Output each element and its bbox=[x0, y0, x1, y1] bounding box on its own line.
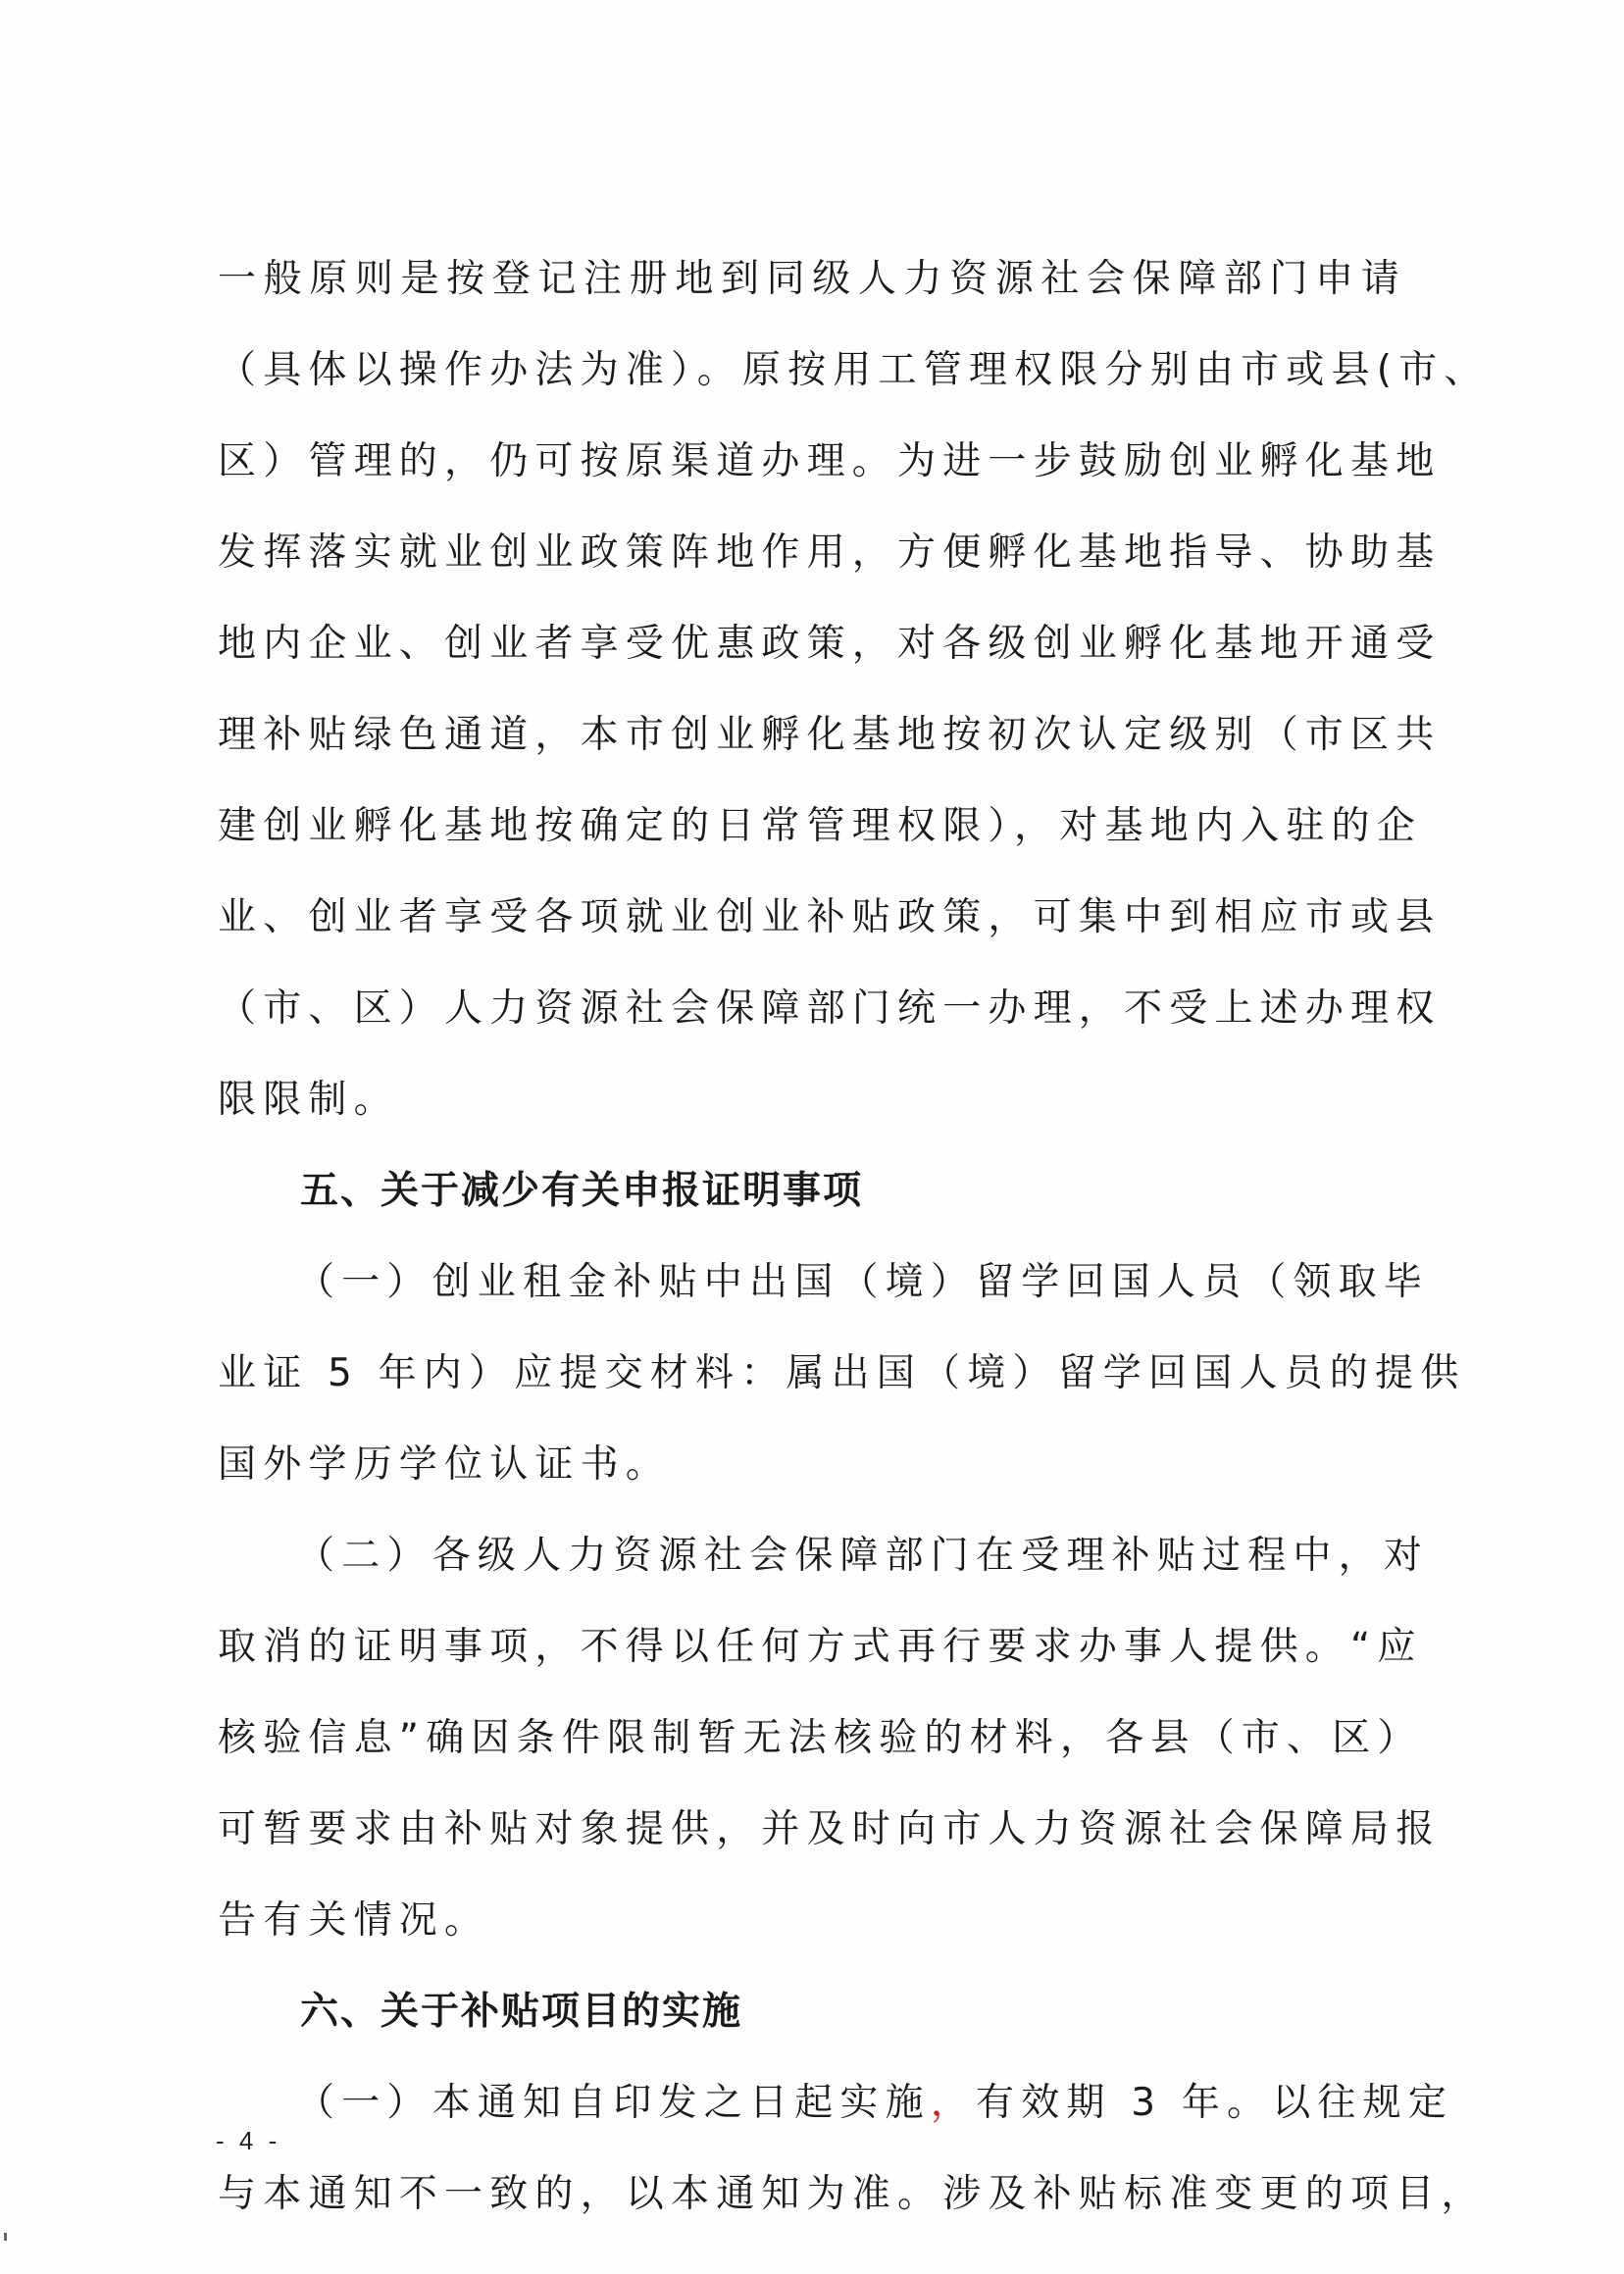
paragraph-continuation: 一般原则是按登记注册地到同级人力资源社会保障部门申请 （具体以操作办法为准）。原… bbox=[218, 233, 1406, 1145]
document-body: 一般原则是按登记注册地到同级人力资源社会保障部门申请 （具体以操作办法为准）。原… bbox=[218, 233, 1406, 2240]
text-line: （具体以操作办法为准）。原按用工管理权限分别由市或县(市、 bbox=[218, 325, 1406, 416]
text-line: 核验信息”确因条件限制暂无法核验的材料，各县（市、区） bbox=[218, 1693, 1406, 1784]
section-five: 五、关于减少有关申报证明事项 （一）创业租金补贴中出国（境）留学回国人员（领取毕… bbox=[218, 1145, 1406, 1966]
text-segment: 有效期 3 年。以往规定 bbox=[976, 2081, 1453, 2125]
section-five-item-two: （二）各级人力资源社会保障部门在受理补贴过程中，对 取消的证明事项，不得以任何方… bbox=[218, 1510, 1406, 1966]
text-line: 区）管理的，仍可按原渠道办理。为进一步鼓励创业孵化基地 bbox=[218, 416, 1406, 507]
section-heading: 六、关于补贴项目的实施 bbox=[218, 1966, 1406, 2057]
scan-artifact-mark bbox=[4, 2233, 7, 2241]
section-five-item-one: （一）创业租金补贴中出国（境）留学回国人员（领取毕 业证 5 年内）应提交材料：… bbox=[218, 1237, 1406, 1510]
text-line: 国外学历学位认证书。 bbox=[218, 1419, 1406, 1510]
section-six: 六、关于补贴项目的实施 （一）本通知自印发之日起实施，有效期 3 年。以往规定 … bbox=[218, 1966, 1406, 2240]
text-line: 理补贴绿色通道，本市创业孵化基地按初次认定级别（市区共 bbox=[218, 689, 1406, 781]
text-line: 取消的证明事项，不得以任何方式再行要求办事人提供。“应 bbox=[218, 1601, 1406, 1693]
text-line: （一）创业租金补贴中出国（境）留学回国人员（领取毕 bbox=[218, 1237, 1406, 1328]
text-line: 发挥落实就业创业政策阵地作用，方便孵化基地指导、协助基 bbox=[218, 507, 1406, 598]
page-number: - 4 - bbox=[216, 2126, 280, 2156]
text-line: （一）本通知自印发之日起实施，有效期 3 年。以往规定 bbox=[218, 2057, 1406, 2148]
text-line: 地内企业、创业者享受优惠政策，对各级创业孵化基地开通受 bbox=[218, 598, 1406, 689]
text-line: 业、创业者享受各项就业创业补贴政策，可集中到相应市或县 bbox=[218, 872, 1406, 963]
text-line: 限限制。 bbox=[218, 1054, 1406, 1145]
text-line: 告有关情况。 bbox=[218, 1875, 1406, 1966]
text-line: （二）各级人力资源社会保障部门在受理补贴过程中，对 bbox=[218, 1510, 1406, 1601]
text-line: （市、区）人力资源社会保障部门统一办理，不受上述办理权 bbox=[218, 963, 1406, 1054]
text-segment: （一）本通知自印发之日起实施 bbox=[296, 2081, 931, 2125]
text-line: 一般原则是按登记注册地到同级人力资源社会保障部门申请 bbox=[218, 233, 1406, 325]
section-heading: 五、关于减少有关申报证明事项 bbox=[218, 1145, 1406, 1237]
text-line: 建创业孵化基地按确定的日常管理权限），对基地内入驻的企 bbox=[218, 781, 1406, 872]
section-six-item-one: （一）本通知自印发之日起实施，有效期 3 年。以往规定 与本通知不一致的，以本通… bbox=[218, 2057, 1406, 2240]
document-page: 一般原则是按登记注册地到同级人力资源社会保障部门申请 （具体以操作办法为准）。原… bbox=[0, 0, 1624, 2274]
red-comma-annotation: ， bbox=[931, 2081, 976, 2125]
text-line: 与本通知不一致的，以本通知为准。涉及补贴标准变更的项目， bbox=[218, 2148, 1406, 2240]
text-line: 业证 5 年内）应提交材料：属出国（境）留学回国人员的提供 bbox=[218, 1328, 1406, 1419]
text-line: 可暂要求由补贴对象提供，并及时向市人力资源社会保障局报 bbox=[218, 1784, 1406, 1875]
